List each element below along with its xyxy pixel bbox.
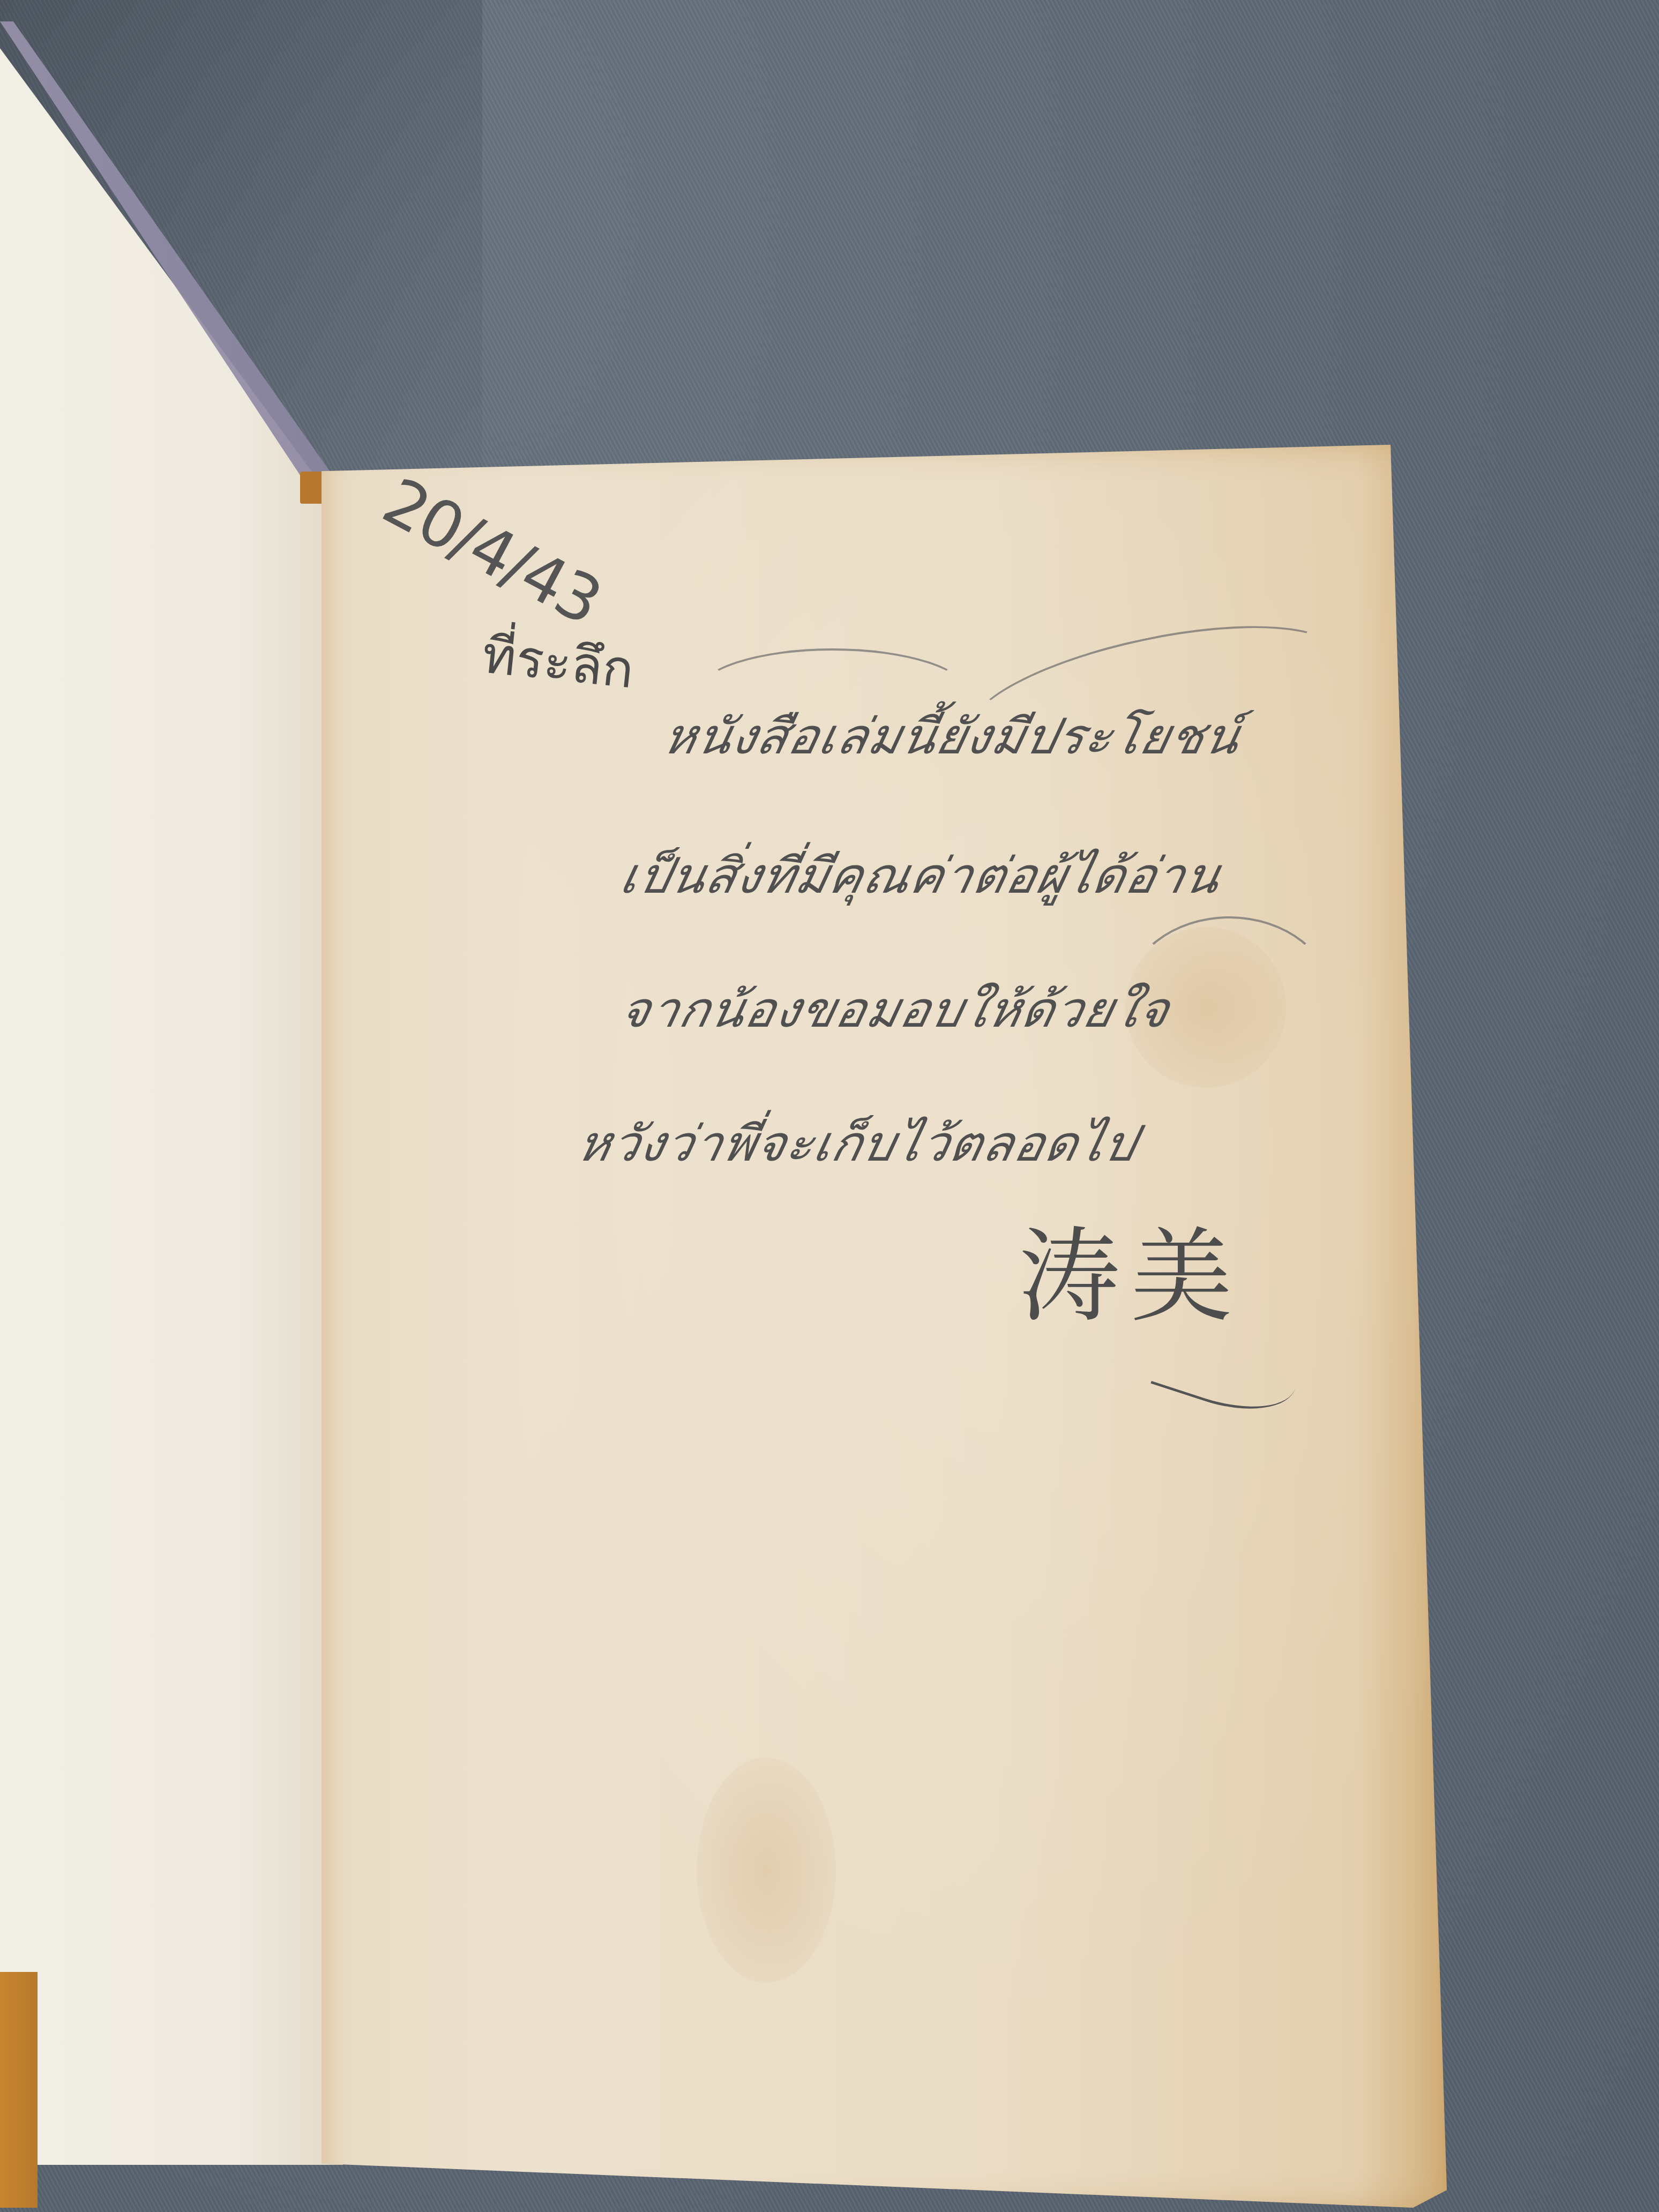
inscription-heading: ที่ระลึก bbox=[479, 614, 638, 711]
handwriting-flourish bbox=[1125, 916, 1333, 1081]
water-stain bbox=[697, 1758, 836, 1983]
poem-line-4: หวังว่าพี่จะเก็บไว้ตลอดไป bbox=[570, 1104, 1145, 1183]
handwriting-flourish bbox=[697, 648, 969, 738]
right-page-flyleaf: 20/4/43 ที่ระลึก หนังสือเล่มนี้ยังมีประโ… bbox=[322, 445, 1447, 2208]
poem-line-2: เป็นสิ่งที่มีคุณค่าต่อผู้ได้อ่าน bbox=[613, 836, 1229, 915]
page-foxing-stain bbox=[0, 1972, 38, 2208]
chinese-signature: 涛美 bbox=[1018, 1195, 1243, 1341]
poem-line-3: จากน้องขอมอบให้ด้วยใจ bbox=[613, 970, 1178, 1049]
